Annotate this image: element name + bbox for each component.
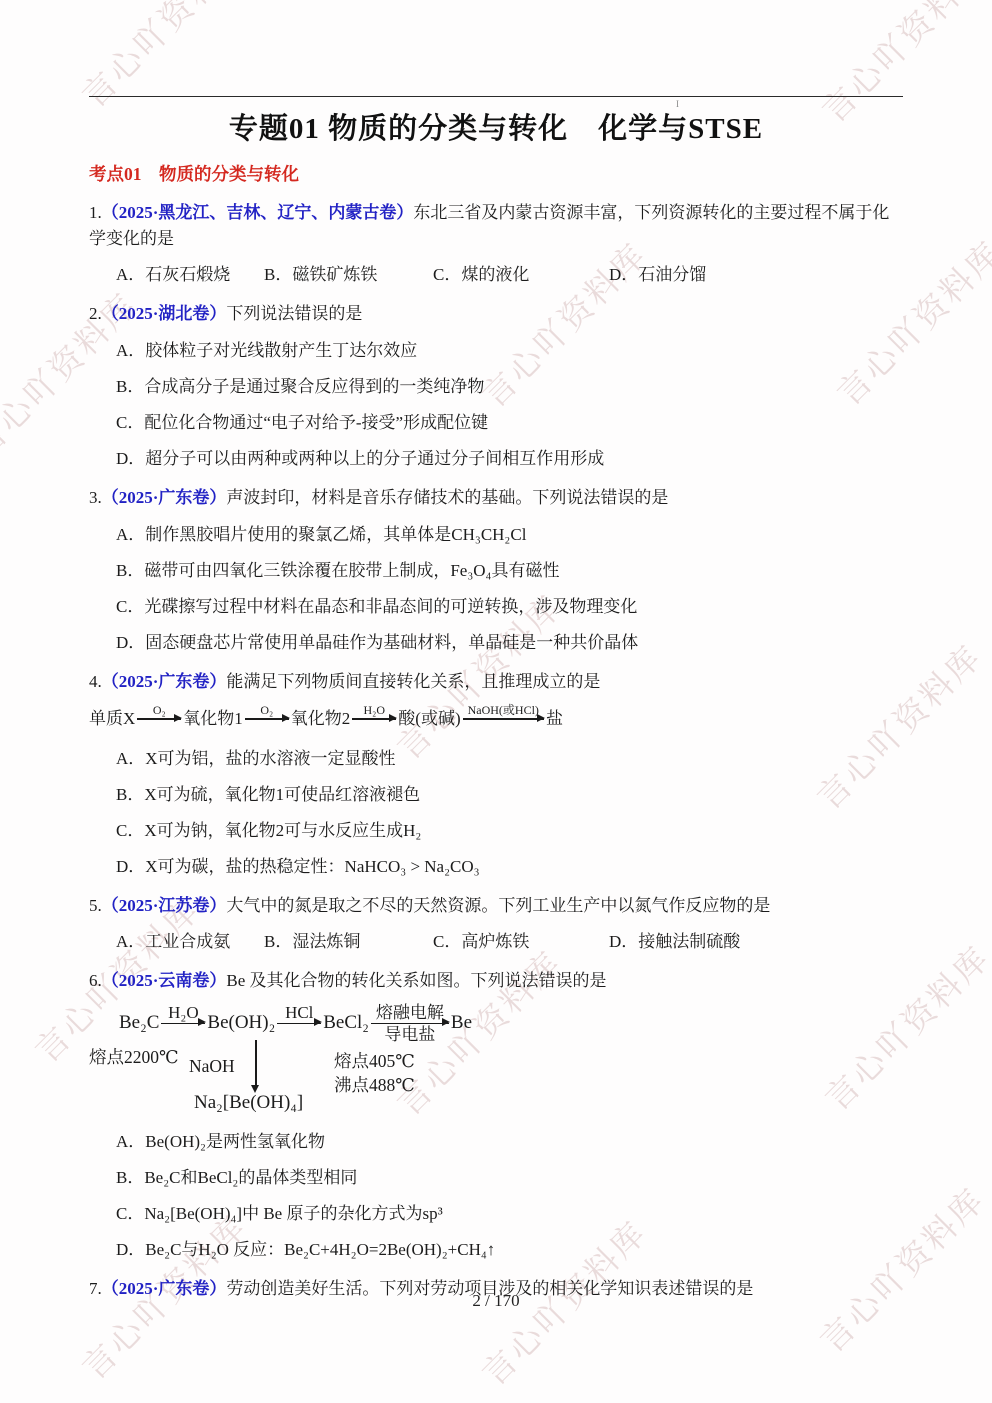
arrow-shaft xyxy=(245,718,289,720)
option-c: C．Na₂[Be(OH)₄]中 Be 原子的杂化方式为sp³ xyxy=(89,1201,903,1226)
option-d: D．固态硬盘芯片常使用单晶硅作为基础材料，单晶硅是一种共价晶体 xyxy=(89,630,903,655)
question-2: 2.（2025·湖北卷）下列说法错误的是 xyxy=(89,301,903,327)
reaction-arrow: O₂ xyxy=(245,703,289,735)
melting-point-be2c: 熔点2200℃ xyxy=(89,1044,179,1069)
option-c: C．光碟擦写过程中材料在晶态和非晶态间的可逆转换，涉及物理变化 xyxy=(89,594,903,619)
question-source: （2025·江苏卷） xyxy=(102,896,227,915)
chain-node-3: 氧化物2 xyxy=(291,707,351,731)
question-stem-text: 下列说法错误的是 xyxy=(226,304,362,323)
option-b: B．合成高分子是通过聚合反应得到的一类纯净物 xyxy=(89,374,903,399)
be-conversion-diagram: Be₂C H₂O Be(OH)₂ HCl BeCl₂ 熔融电解 导电盐 xyxy=(89,1000,903,1118)
melting-point-becl2: 熔点405℃ xyxy=(334,1048,415,1073)
option-a: A．制作黑胶唱片使用的聚氯乙烯，其单体是CH₃CH₂Cl xyxy=(89,522,903,547)
question-number: 1. xyxy=(89,203,102,222)
arrow-label-empty xyxy=(369,720,379,735)
option-d: D．接触法制硫酸 xyxy=(609,929,740,954)
option-b: B．X可为硫，氧化物1可使品红溶液褪色 xyxy=(89,782,903,807)
question-source: （2025·黑龙江、吉林、辽宁、内蒙古卷） xyxy=(102,203,414,222)
node-na2beoh4: Na₂[Be(OH)₄] xyxy=(194,1092,303,1114)
arrow-shaft xyxy=(463,718,544,720)
question-5-options: A．工业合成氨 B．湿法炼铜 C．高炉炼铁 D．接触法制硫酸 xyxy=(89,929,903,954)
arrow-shaft xyxy=(352,718,396,720)
arrow-label-empty xyxy=(154,720,164,735)
be-diagram-main-row: Be₂C H₂O Be(OH)₂ HCl BeCl₂ 熔融电解 导电盐 xyxy=(119,1002,472,1046)
arrow-label: HCl xyxy=(280,1002,318,1023)
page-number: 2 / 170 xyxy=(472,1291,519,1310)
arrow-shaft xyxy=(137,718,181,720)
arrow-shaft xyxy=(277,1023,321,1025)
document-page: 言心吖资料库 言心吖资料库 言心吖资料库 言心吖资料库 言心吖资料库 言心吖资料… xyxy=(0,0,992,1403)
arrow-shaft xyxy=(161,1023,205,1025)
option-b: B．磁带可由四氧化三铁涂覆在胶带上制成，Fe₃O₄具有磁性 xyxy=(89,558,903,583)
reaction-arrow: NaOH(或HCl) xyxy=(463,703,544,735)
option-d: D．Be₂C与H₂O 反应：Be₂C+4H₂O=2Be(OH)₂+CH₄↑ xyxy=(89,1237,903,1262)
question-5: 5.（2025·江苏卷）大气中的氮是取之不尽的天然资源。下列工业生产中以氮气作反… xyxy=(89,893,903,919)
arrow-label: H₂O xyxy=(359,703,391,718)
node-becl2: BeCl₂ xyxy=(323,1012,369,1034)
option-d: D．X可为碳，盐的热稳定性：NaHCO₃ > Na₂CO₃ xyxy=(89,854,903,879)
reaction-chain: 单质X O₂ 氧化物1 O₂ 氧化物2 H₂O 酸(或碱) NaOH(或HCl) xyxy=(89,703,903,735)
question-source: （2025·湖北卷） xyxy=(102,304,227,323)
option-a: A．X可为铝，盐的水溶液一定显酸性 xyxy=(89,746,903,771)
option-c: C．高炉炼铁 xyxy=(433,929,609,954)
page-title: 专题01 物质的分类与转化 化学与STSE xyxy=(89,109,903,149)
arrow-label: O₂ xyxy=(148,703,171,718)
arrow-shaft xyxy=(371,1023,449,1025)
option-b: B．湿法炼铜 xyxy=(264,929,433,954)
arrow-label-empty xyxy=(498,720,508,735)
option-d: D．超分子可以由两种或两种以上的分子通过分子间相互作用形成 xyxy=(89,446,903,471)
reaction-arrow: H₂O xyxy=(161,1002,205,1046)
reaction-arrow: HCl xyxy=(277,1002,321,1046)
question-number: 2. xyxy=(89,304,102,323)
node-be: Be xyxy=(451,1012,472,1034)
question-stem-text: 大气中的氮是取之不尽的天然资源。下列工业生产中以氮气作反应物的是 xyxy=(226,896,770,915)
question-1: 1.（2025·黑龙江、吉林、辽宁、内蒙古卷）东北三省及内蒙古资源丰富，下列资源… xyxy=(89,200,903,252)
arrow-label: NaOH(或HCl) xyxy=(463,703,544,718)
boiling-point-becl2: 沸点488℃ xyxy=(334,1072,415,1097)
arrow-label-top: 熔融电解 xyxy=(371,1002,449,1023)
option-a: A．工业合成氨 xyxy=(116,929,264,954)
question-6: 6.（2025·云南卷）Be 及其化合物的转化关系如图。下列说法错误的是 xyxy=(89,968,903,994)
option-a: A．胶体粒子对光线散射产生丁达尔效应 xyxy=(89,338,903,363)
option-c: C．配位化合物通过“电子对给予-接受”形成配位键 xyxy=(89,410,903,435)
arrow-label-bottom: 导电盐 xyxy=(379,1024,440,1045)
question-source: （2025·云南卷） xyxy=(102,971,227,990)
question-4: 4.（2025·广东卷）能满足下列物质间直接转化关系，且推理成立的是 xyxy=(89,669,903,695)
option-a: A．Be(OH)₂是两性氢氧化物 xyxy=(89,1129,903,1154)
page-footer: 2 / 170 xyxy=(0,1291,992,1311)
question-number: 5. xyxy=(89,896,102,915)
question-stem-text: Be 及其化合物的转化关系如图。下列说法错误的是 xyxy=(226,971,606,990)
reaction-arrow: H₂O xyxy=(352,703,396,735)
arrow-label: O₂ xyxy=(255,703,278,718)
chain-node-2: 氧化物1 xyxy=(183,707,243,731)
question-source: （2025·广东卷） xyxy=(102,488,227,507)
option-b: B．Be₂C和BeCl₂的晶体类型相同 xyxy=(89,1165,903,1190)
reaction-arrow: O₂ xyxy=(137,703,181,735)
arrow-label-empty xyxy=(294,1024,304,1045)
question-number: 4. xyxy=(89,672,102,691)
option-c: C．煤的液化 xyxy=(433,262,609,287)
question-1-options: A．石灰石煅烧 B．磁铁矿炼铁 C．煤的液化 D．石油分馏 xyxy=(89,262,903,287)
section-heading: 考点01 物质的分类与转化 xyxy=(89,162,903,186)
page-content: 专题01 物质的分类与转化 化学与STSE 考点01 物质的分类与转化 1.（2… xyxy=(0,96,992,1302)
question-stem-text: 能满足下列物质间直接转化关系，且推理成立的是 xyxy=(226,672,600,691)
question-stem-text: 声波封印，材料是音乐存储技术的基础。下列说法错误的是 xyxy=(226,488,668,507)
down-arrow xyxy=(255,1040,257,1086)
arrow-label-empty xyxy=(262,720,272,735)
question-number: 3. xyxy=(89,488,102,507)
arrow-label-empty xyxy=(178,1024,188,1045)
chain-node-5: 盐 xyxy=(546,707,563,731)
node-beoh2: Be(OH)₂ xyxy=(207,1012,275,1034)
header-rule xyxy=(89,96,903,97)
question-3: 3.（2025·广东卷）声波封印，材料是音乐存储技术的基础。下列说法错误的是 xyxy=(89,485,903,511)
naoh-label: NaOH xyxy=(189,1056,235,1077)
chain-node-1: 单质X xyxy=(89,707,135,731)
option-d: D．石油分馏 xyxy=(609,262,706,287)
node-be2c: Be₂C xyxy=(119,1012,159,1034)
option-c: C．X可为钠，氧化物2可与水反应生成H₂ xyxy=(89,818,903,843)
reaction-arrow: 熔融电解 导电盐 xyxy=(371,1002,449,1046)
option-a: A．石灰石煅烧 xyxy=(116,262,264,287)
question-source: （2025·广东卷） xyxy=(102,672,227,691)
option-b: B．磁铁矿炼铁 xyxy=(264,262,433,287)
chain-node-4: 酸(或碱) xyxy=(398,707,460,731)
question-number: 6. xyxy=(89,971,102,990)
